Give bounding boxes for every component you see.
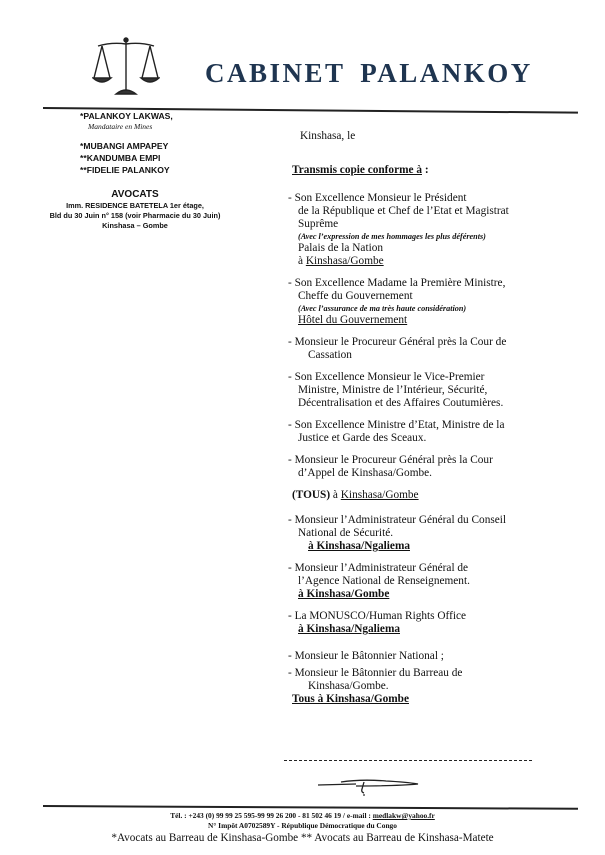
transmis-heading: Transmis copie conforme à : xyxy=(292,164,578,177)
transmis-label: Transmis copie conforme à xyxy=(292,164,422,176)
partner-name: *MUBANGI AMPAPEY xyxy=(30,140,240,152)
tous-line: (TOUS) à Kinshasa/Gombe xyxy=(292,489,578,502)
recipient-item: - Monsieur le Bâtonnier National ; xyxy=(288,650,578,663)
recipient-location: Hôtel du Gouvernement xyxy=(288,314,578,327)
recipient-line: - Monsieur le Bâtonnier National ; xyxy=(288,650,578,663)
recipient-line: - Son Excellence Monsieur le Président xyxy=(288,192,578,205)
recipient-line: Suprême xyxy=(288,218,578,231)
recipient-item: - Monsieur le Procureur Général près la … xyxy=(288,336,578,362)
letter-body: Kinshasa, le Transmis copie conforme à :… xyxy=(288,130,578,706)
email-link[interactable]: medlakw@yahoo.fr xyxy=(373,811,435,820)
recipient-line: l’Agence National de Renseignement. xyxy=(288,575,578,588)
recipient-line: Cassation xyxy=(288,349,578,362)
courtesy-note: (Avec l’assurance de ma très haute consi… xyxy=(288,303,578,314)
recipient-item: - Son Excellence Monsieur le Vice-Premie… xyxy=(288,371,578,410)
recipient-item: - Monsieur l’Administrateur Général de l… xyxy=(288,562,578,601)
recipient-item: - La MONUSCO/Human Rights Office à Kinsh… xyxy=(288,610,578,636)
recipient-item: - Son Excellence Madame la Première Mini… xyxy=(288,277,578,327)
contact-line: Tél. : +243 (0) 99 99 25 595-99 99 26 20… xyxy=(0,811,605,821)
partner-name: **FIDELIE PALANKOY xyxy=(30,164,240,176)
footer-divider xyxy=(43,805,578,810)
tous-mid: à xyxy=(330,489,341,501)
partner-name: *PALANKOY LAKWAS, xyxy=(30,110,240,122)
recipient-line: Palais de la Nation xyxy=(288,242,578,255)
recipient-item: - Monsieur le Procureur Général près la … xyxy=(288,454,578,480)
loc-text: Kinshasa/Gombe xyxy=(306,255,384,267)
recipient-location: à Kinshasa/Gombe xyxy=(288,255,578,268)
recipient-line: Décentralisation et des Affaires Coutumi… xyxy=(288,397,578,410)
recipient-line: Ministre, Ministre de l’Intérieur, Sécur… xyxy=(288,384,578,397)
tous-label: (TOUS) xyxy=(292,489,330,501)
address-line: Kinshasa – Gombe xyxy=(30,221,240,231)
avocats-heading: AVOCATS xyxy=(30,188,240,201)
address-line: Bld du 30 Juin n° 158 (voir Pharmacie du… xyxy=(30,211,240,221)
recipient-line: - Son Excellence Madame la Première Mini… xyxy=(288,277,578,290)
transmis-colon: : xyxy=(422,164,429,176)
recipient-item: - Monsieur l’Administrateur Général du C… xyxy=(288,514,578,553)
recipient-line: Kinshasa/Gombe. xyxy=(288,680,578,693)
courtesy-note: (Avec l’expression de mes hommages les p… xyxy=(288,231,578,242)
tous-location: Kinshasa/Gombe xyxy=(341,489,419,501)
recipient-location: à Kinshasa/Ngaliema xyxy=(288,623,578,636)
bar-line: *Avocats au Barreau de Kinshasa-Gombe **… xyxy=(0,831,605,845)
recipient-line: - Monsieur le Procureur Général près la … xyxy=(288,454,578,467)
letterhead-sidebar: *PALANKOY LAKWAS, Mandataire en Mines *M… xyxy=(30,110,240,231)
recipient-line: - Monsieur le Bâtonnier du Barreau de xyxy=(288,667,578,680)
recipient-item: - Son Excellence Monsieur le Président d… xyxy=(288,192,578,268)
partner-title: Mandataire en Mines xyxy=(30,122,240,132)
recipient-location: à Kinshasa/Gombe xyxy=(288,588,578,601)
recipient-line: Cheffe du Gouvernement xyxy=(288,290,578,303)
date-line: Kinshasa, le xyxy=(300,130,578,143)
contact-text: Tél. : +243 (0) 99 99 25 595-99 99 26 20… xyxy=(170,811,373,820)
loc-prefix: à xyxy=(298,255,306,267)
recipient-location: à Kinshasa/Ngaliema xyxy=(288,540,578,553)
letter-footer: Tél. : +243 (0) 99 99 25 595-99 99 26 20… xyxy=(0,811,605,845)
final-location: Tous à Kinshasa/Gombe xyxy=(292,693,578,706)
recipient-line: National de Sécurité. xyxy=(288,527,578,540)
recipient-line: - Monsieur l’Administrateur Général de xyxy=(288,562,578,575)
tax-line: N° Impôt A0702589Y - République Démocrat… xyxy=(0,821,605,831)
recipient-line: Justice et Garde des Sceaux. xyxy=(288,432,578,445)
recipient-item: - Monsieur le Bâtonnier du Barreau de Ki… xyxy=(288,667,578,693)
dashed-separator xyxy=(284,760,532,761)
recipient-line: de la République et Chef de l’Etat et Ma… xyxy=(288,205,578,218)
address-line: Imm. RESIDENCE BATETELA 1er étage, xyxy=(30,201,240,211)
scales-of-justice-icon xyxy=(92,36,160,98)
recipient-line: d’Appel de Kinshasa/Gombe. xyxy=(288,467,578,480)
recipient-line: - La MONUSCO/Human Rights Office xyxy=(288,610,578,623)
signature-icon xyxy=(316,775,426,797)
recipient-line: - Monsieur l’Administrateur Général du C… xyxy=(288,514,578,527)
partner-name: **KANDUMBA EMPI xyxy=(30,152,240,164)
recipient-line: - Monsieur le Procureur Général près la … xyxy=(288,336,578,349)
recipient-line: - Son Excellence Ministre d’Etat, Minist… xyxy=(288,419,578,432)
firm-title: CABINET PALANKOY xyxy=(205,58,533,89)
recipient-line: - Son Excellence Monsieur le Vice-Premie… xyxy=(288,371,578,384)
recipient-item: - Son Excellence Ministre d’Etat, Minist… xyxy=(288,419,578,445)
